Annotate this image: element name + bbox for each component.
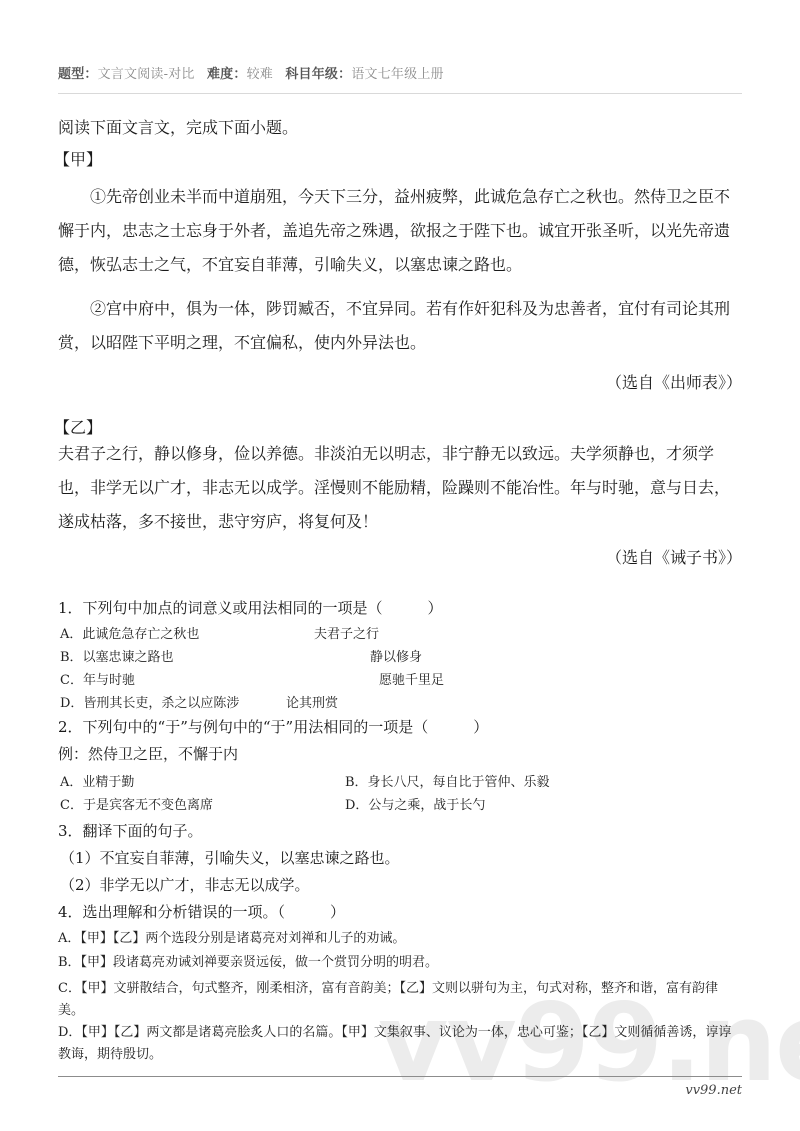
question-4-stem: 4．选出理解和分析错误的一项。（ ） [58, 901, 345, 922]
q1-option-c[interactable]: C．年与时驰 [60, 669, 135, 688]
q3-item-1: （1）不宜妄自菲薄，引喻失义，以塞忠谏之路也。 [60, 847, 400, 868]
passage-b-source: （选自《诫子书》） [606, 545, 742, 568]
q4-option-c[interactable]: C．【甲】文骈散结合，句式整齐，刚柔相济，富有音韵美；【乙】文则以骈句为主，句式… [58, 978, 734, 1022]
q1-option-d-pair: 论其刑赏 [286, 692, 338, 711]
q1-option-a[interactable]: A．此诚危急存亡之秋也 [60, 623, 199, 642]
question-2-stem: 2．下列句中的“于”与例句中的“于”用法相同的一项是（ ） [58, 716, 488, 737]
question-meta: 题型：文言文阅读-对比 难度：较难 科目年级：语文七年级上册 [58, 63, 452, 82]
question-3-stem: 3．翻译下面的句子。 [58, 820, 203, 841]
q1-option-a-pair: 夫君子之行 [314, 623, 379, 642]
header-divider [58, 93, 742, 94]
q1-option-c-pair: 愿驰千里足 [379, 669, 444, 688]
q2-option-a[interactable]: A．业精于勤 [60, 771, 134, 790]
q4-option-d[interactable]: D．【甲】【乙】两文都是诸葛亮脍炙人口的名篇。【甲】文集叙事、议论为一体，忠心可… [58, 1022, 734, 1066]
footer-site: vv99.net [685, 1083, 742, 1098]
type-label: 题型： [58, 67, 98, 82]
instructions: 阅读下面文言文，完成下面小题。 [58, 115, 298, 138]
q1-option-b-pair: 静以修身 [370, 646, 422, 665]
q4-option-b[interactable]: B．【甲】段诸葛亮劝诫刘禅要亲贤远佞，做一个赏罚分明的明君。 [58, 952, 734, 974]
q4-option-a[interactable]: A．【甲】【乙】两个选段分别是诸葛亮对刘禅和儿子的劝诫。 [58, 928, 734, 950]
q3-item-2: （2）非学无以广才，非志无以成学。 [60, 874, 310, 895]
difficulty-value: 较难 [247, 67, 273, 82]
q2-option-d[interactable]: D．公与之乘，战于长勺 [345, 794, 485, 813]
q1-option-d[interactable]: D．皆刑其长吏，杀之以应陈涉 [60, 692, 239, 711]
footer-divider [58, 1076, 742, 1077]
q2-option-c[interactable]: C．于是宾客无不变色离席 [60, 794, 213, 813]
subject-label: 科目年级： [285, 67, 351, 82]
passage-a-source: （选自《出师表》） [606, 370, 742, 393]
passage-a-paragraph-1: ①先帝创业未半而中道崩殂，今天下三分，益州疲弊，此诚危急存亡之秋也。然侍卫之臣不… [58, 180, 742, 282]
passage-b-tag: 【乙】 [54, 415, 102, 438]
subject-value: 语文七年级上册 [351, 67, 443, 82]
difficulty-label: 难度： [207, 67, 247, 82]
passage-a-tag: 【甲】 [54, 147, 102, 170]
passage-a-paragraph-2: ②宫中府中，俱为一体，陟罚臧否，不宜异同。若有作奸犯科及为忠善者，宜付有司论其刑… [58, 292, 742, 360]
q2-option-b[interactable]: B．身长八尺，每自比于管仲、乐毅 [345, 771, 550, 790]
question-2-example: 例：然侍卫之臣，不懈于内 [58, 743, 238, 764]
q1-option-b[interactable]: B．以塞忠谏之路也 [60, 646, 174, 665]
passage-b-text: 夫君子之行，静以修身，俭以养德。非淡泊无以明志，非宁静无以致远。夫学须静也，才须… [58, 437, 742, 539]
type-value: 文言文阅读-对比 [98, 67, 195, 82]
question-1-stem: 1．下列句中加点的词意义或用法相同的一项是（ ） [58, 597, 443, 618]
